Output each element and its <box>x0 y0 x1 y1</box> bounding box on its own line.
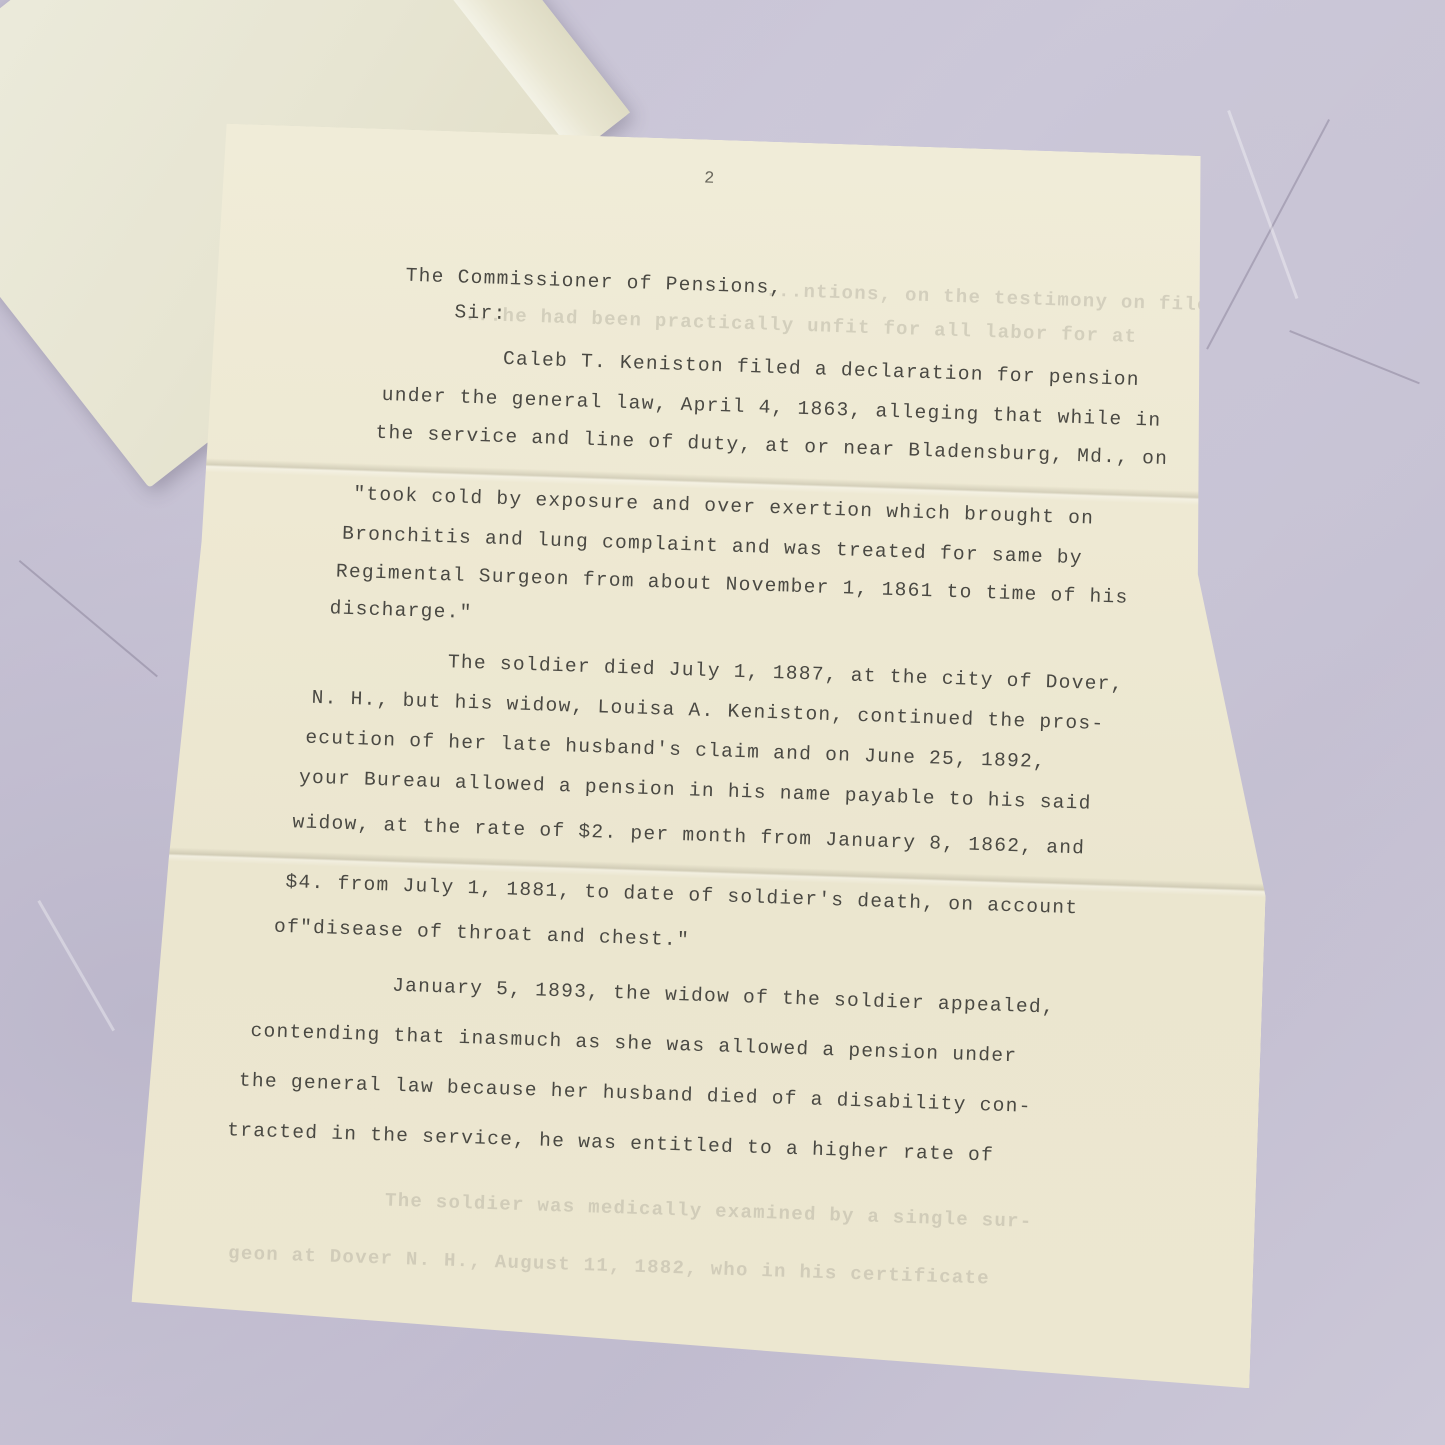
bleed-through-text: ...ntions, on the testimony on file <box>765 280 1210 317</box>
paragraph-line: N. H., but his widow, Louisa A. Keniston… <box>311 687 1104 735</box>
marble-vein <box>1289 330 1420 384</box>
marble-vein <box>19 560 158 677</box>
paragraph-line: the service and line of duty, at or near… <box>375 422 1168 470</box>
page-number: 2 <box>704 169 715 188</box>
paragraph-line: Bronchitis and lung complaint and was tr… <box>342 523 1083 570</box>
paragraph-line: The soldier died July 1, 1887, at the ci… <box>448 651 1124 695</box>
paragraph-line: the general law because her husband died… <box>239 1070 1032 1118</box>
greeting: Sir: <box>454 301 507 325</box>
marble-vein <box>1206 119 1330 350</box>
addressee: The Commissioner of Pensions, <box>405 265 783 299</box>
bleed-through-text: geon at Dover N. H., August 11, 1882, wh… <box>228 1242 990 1289</box>
paragraph-line: tracted in the service, he was entitled … <box>227 1119 994 1166</box>
bleed-through-text: The soldier was medically examined by a … <box>385 1189 1033 1232</box>
paragraph-line: widow, at the rate of $2. per month from… <box>292 811 1085 859</box>
marble-vein <box>1227 110 1298 299</box>
paragraph-line: Caleb T. Keniston filed a declaration fo… <box>503 348 1140 391</box>
paragraph-line: your Bureau allowed a pension in his nam… <box>299 766 1092 814</box>
paragraph-line: contending that inasmuch as she was allo… <box>250 1020 1017 1067</box>
paragraph-line: discharge." <box>329 597 473 624</box>
typewritten-letter-page: ...ntions, on the testimony on file ...h… <box>130 122 1290 1388</box>
paragraph-line: of"disease of throat and chest." <box>274 916 691 952</box>
paragraph-line: January 5, 1893, the widow of the soldie… <box>392 975 1055 1019</box>
marble-vein <box>37 900 115 1031</box>
paragraph-line: ecution of her late husband's claim and … <box>305 727 1046 774</box>
paragraph-line: under the general law, April 4, 1863, al… <box>381 384 1161 432</box>
